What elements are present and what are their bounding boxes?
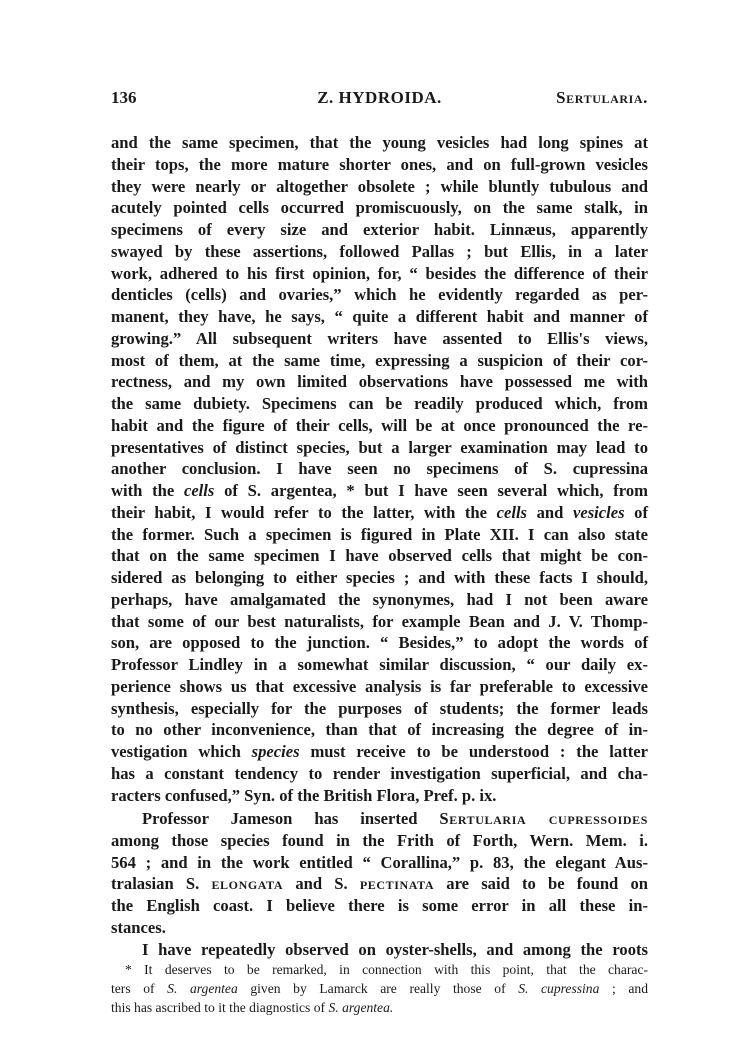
text-line: sidered as belonging to either species ;…: [111, 567, 648, 589]
text-line: specimens of every size and exterior hab…: [111, 219, 648, 241]
section-title: Sertularia.: [556, 88, 648, 108]
text-line: their habit, I would refer to the latter…: [111, 502, 648, 524]
text-line: stances.: [111, 917, 648, 939]
italic-run: cells: [497, 503, 527, 522]
text-line: the English coast. I believe there is so…: [111, 895, 648, 917]
text-line: 564 ; and in the work entitled “ Coralli…: [111, 852, 648, 874]
text-line: the same dubiety. Specimens can be readi…: [111, 393, 648, 415]
text-line: perhaps, have amalgamated the synonymes,…: [111, 589, 648, 611]
text-line: tralasian S. elongata and S. pectinata a…: [111, 873, 648, 895]
text-line: with the cells of S. argentea, * but I h…: [111, 480, 648, 502]
italic-run: cells: [184, 481, 214, 500]
species-name: pectinata: [360, 874, 434, 893]
text-line: denticles (cells) and ovaries,” which he…: [111, 284, 648, 306]
text-line: Professor Jameson has inserted Sertulari…: [111, 808, 648, 830]
italic-run: S. cupressina: [518, 981, 599, 996]
text-line: acutely pointed cells occurred promiscuo…: [111, 197, 648, 219]
text-line: and the same specimen, that the young ve…: [111, 132, 648, 154]
paragraph-1: and the same specimen, that the young ve…: [111, 132, 648, 806]
text-line: their tops, the more mature shorter ones…: [111, 154, 648, 176]
text-run: and S.: [283, 874, 360, 893]
text-run: vestigation which: [111, 742, 252, 761]
text-line: work, adhered to his first opinion, for,…: [111, 263, 648, 285]
text-run: of: [625, 503, 648, 522]
text-run: must receive to be understood : the latt…: [300, 742, 648, 761]
text-run: their habit, I would refer to the latter…: [111, 503, 497, 522]
text-line: that on the same specimen I have observe…: [111, 545, 648, 567]
paragraph-2: Professor Jameson has inserted Sertulari…: [111, 808, 648, 960]
footnote-line: this has ascribed to it the diagnostics …: [111, 998, 648, 1017]
text-run: Professor Jameson has inserted: [142, 809, 439, 828]
text-line: most of them, at the same time, expressi…: [111, 350, 648, 372]
text-line: rectness, and my own limited observation…: [111, 371, 648, 393]
footnote-line: * It deserves to be remarked, in connect…: [111, 960, 648, 979]
footnote-line: ters of S. argentea given by Lamarck are…: [111, 979, 648, 998]
text-line: the former. Such a specimen is figured i…: [111, 524, 648, 546]
text-line: vestigation which species must receive t…: [111, 741, 648, 763]
text-run: and: [527, 503, 573, 522]
text-run: this has ascribed to it the diagnostics …: [111, 1000, 328, 1015]
text-line: that some of our best naturalists, for e…: [111, 611, 648, 633]
text-line: Professor Lindley in a somewhat similar …: [111, 654, 648, 676]
text-line: swayed by these assertions, followed Pal…: [111, 241, 648, 263]
species-name: Sertularia cupressoides: [439, 809, 648, 828]
text-line: has a constant tendency to render invest…: [111, 763, 648, 785]
text-run: are said to be found on: [434, 874, 648, 893]
italic-run: species: [252, 742, 300, 761]
text-line: synthesis, especially for the purposes o…: [111, 698, 648, 720]
text-line: among those species found in the Frith o…: [111, 830, 648, 852]
italic-run: S. argentea: [167, 981, 238, 996]
text-line: perience shows us that excessive analysi…: [111, 676, 648, 698]
text-line: another conclusion. I have seen no speci…: [111, 458, 648, 480]
text-run: ters of: [111, 981, 167, 996]
text-line: manent, they have, he says, “ quite a di…: [111, 306, 648, 328]
species-name: elongata: [211, 874, 283, 893]
text-line: presentatives of distinct species, but a…: [111, 437, 648, 459]
text-run: ; and: [599, 981, 648, 996]
text-line: son, are opposed to the junction. “ Besi…: [111, 632, 648, 654]
text-run: tralasian S.: [111, 874, 211, 893]
footnote: * It deserves to be remarked, in connect…: [111, 960, 648, 1017]
italic-run: S. argentea.: [328, 1000, 393, 1015]
text-line: growing.” All subsequent writers have as…: [111, 328, 648, 350]
text-run: of S. argentea, * but I have seen severa…: [214, 481, 648, 500]
italic-run: vesicles: [573, 503, 625, 522]
text-line: they were nearly or altogether obsolete …: [111, 176, 648, 198]
text-line: racters confused,” Syn. of the British F…: [111, 785, 648, 807]
paragraph-3: I have repeatedly observed on oyster-she…: [111, 939, 648, 961]
text-run: with the: [111, 481, 184, 500]
running-header: 136 Z. HYDROIDA. Sertularia.: [111, 88, 648, 110]
text-run: given by Lamarck are really those of: [238, 981, 518, 996]
text-line: habit and the figure of their cells, wil…: [111, 415, 648, 437]
text-line: to no other inconvenience, than that of …: [111, 719, 648, 741]
